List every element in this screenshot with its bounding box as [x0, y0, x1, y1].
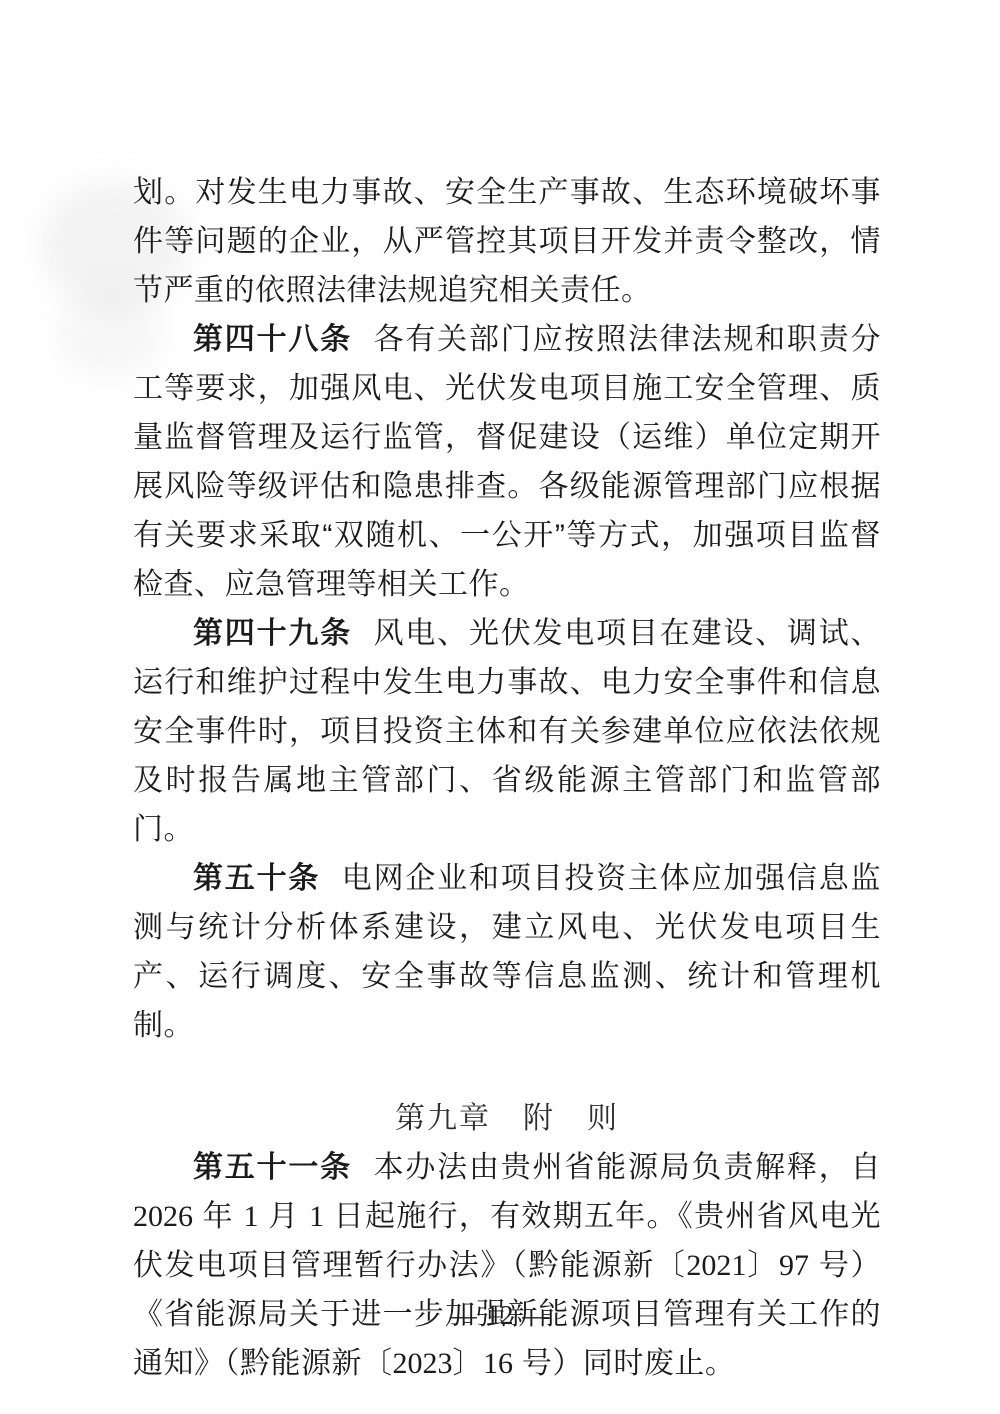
page-number: — 12 — [0, 1300, 1000, 1331]
document-body: 划。对发生电力事故、安全生产事故、生态环境破坏事件等问题的企业，从严管控其项目开… [133, 168, 881, 1388]
paragraph-article-48: 第四十八条各有关部门应按照法律法规和职责分工等要求，加强风电、光伏发电项目施工安… [133, 315, 881, 609]
article-number: 第四十八条 [193, 323, 352, 356]
paragraph-text: 划。对发生电力事故、安全生产事故、生态环境破坏事件等问题的企业，从严管控其项目开… [133, 176, 881, 307]
paragraph-text: 本办法由贵州省能源局负责解释，自 2026 年 1 月 1 日起施行，有效期五年… [133, 1151, 881, 1380]
document-page: 划。对发生电力事故、安全生产事故、生态环境破坏事件等问题的企业，从严管控其项目开… [0, 0, 1000, 1414]
closing-section: 第五十一条本办法由贵州省能源局负责解释，自 2026 年 1 月 1 日起施行，… [133, 1143, 881, 1388]
paragraph-article-51: 第五十一条本办法由贵州省能源局负责解释，自 2026 年 1 月 1 日起施行，… [133, 1143, 881, 1388]
paragraph-text: 风电、光伏发电项目在建设、调试、运行和维护过程中发生电力事故、电力安全事件和信息… [133, 617, 881, 846]
paragraph-article-50: 第五十条电网企业和项目投资主体应加强信息监测与统计分析体系建设，建立风电、光伏发… [133, 854, 881, 1050]
paragraph-article-49: 第四十九条风电、光伏发电项目在建设、调试、运行和维护过程中发生电力事故、电力安全… [133, 609, 881, 854]
paragraph-text: 各有关部门应按照法律法规和职责分工等要求，加强风电、光伏发电项目施工安全管理、质… [133, 323, 881, 601]
article-number: 第五十条 [193, 862, 320, 895]
paragraph-continued: 划。对发生电力事故、安全生产事故、生态环境破坏事件等问题的企业，从严管控其项目开… [133, 168, 881, 315]
article-number: 第四十九条 [193, 617, 352, 650]
chapter-heading: 第九章 附 则 [133, 1094, 881, 1143]
article-number: 第五十一条 [193, 1151, 352, 1184]
